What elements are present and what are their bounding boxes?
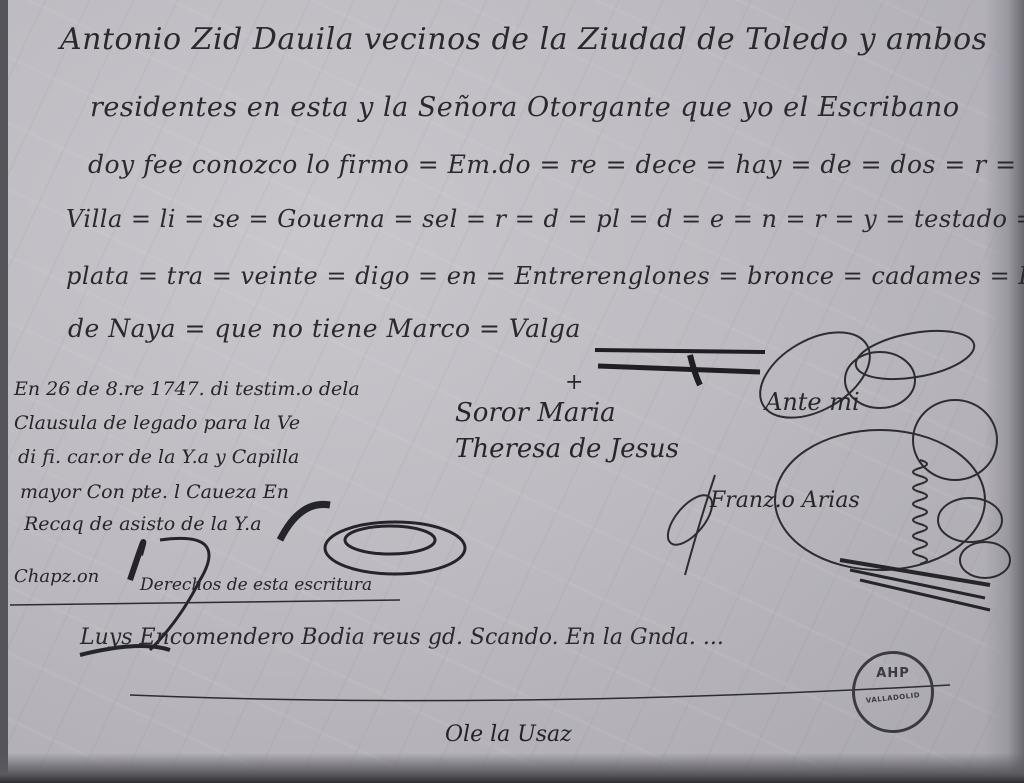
cross-mark: + (565, 370, 583, 395)
presence-note: Derechos de esta escritura (140, 575, 372, 595)
body-line-5: plata = tra = veinte = digo = en = Entre… (66, 262, 1024, 290)
stamp-bottom-text: VALLADOLID (855, 690, 931, 706)
page-left-edge (0, 0, 8, 783)
body-line-6: de Naya = que no tiene Marco = Valga (68, 314, 581, 343)
bottom-signature-line: Luys Encomendero Bodia reus gd. Scando. … (80, 625, 724, 650)
margin-note-line-5: Recaq de asisto de la Y.a (24, 513, 262, 535)
signature-ante-mi: Ante mi (765, 388, 860, 416)
page-bottom-edge (0, 753, 1024, 783)
body-line-2: residentes en esta y la Señora Otorgante… (90, 92, 960, 123)
stamp-top-text: AHP (855, 666, 931, 681)
footer-text: Ole la Usaz (445, 722, 572, 747)
page-right-edge (984, 0, 1024, 783)
body-line-4: Villa = li = se = Gouerna = sel = r = d … (66, 205, 1024, 233)
margin-note-line-3: di fi. car.or de la Y.a y Capilla (18, 446, 299, 468)
marginal-signature: Chapz.on (14, 566, 99, 587)
margin-note-line-2: Clausula de legado para la Ve (14, 412, 300, 434)
manuscript-page: Antonio Zid Dauila vecinos de la Ziudad … (0, 0, 1024, 783)
signature-nun-line-1: Soror Maria (455, 398, 616, 428)
margin-note-line-4: mayor Con pte. l Caueza En (20, 481, 289, 503)
body-line-1: Antonio Zid Dauila vecinos de la Ziudad … (60, 22, 988, 57)
signature-notary: Franz.o Arias (710, 488, 860, 513)
body-line-3: doy fee conozco lo firmo = Em.do = re = … (88, 150, 1024, 179)
signature-nun-line-2: Theresa de Jesus (455, 434, 679, 464)
margin-note-line-1: En 26 de 8.re 1747. di testim.o dela (14, 378, 360, 400)
archive-stamp: AHP VALLADOLID (852, 651, 934, 733)
